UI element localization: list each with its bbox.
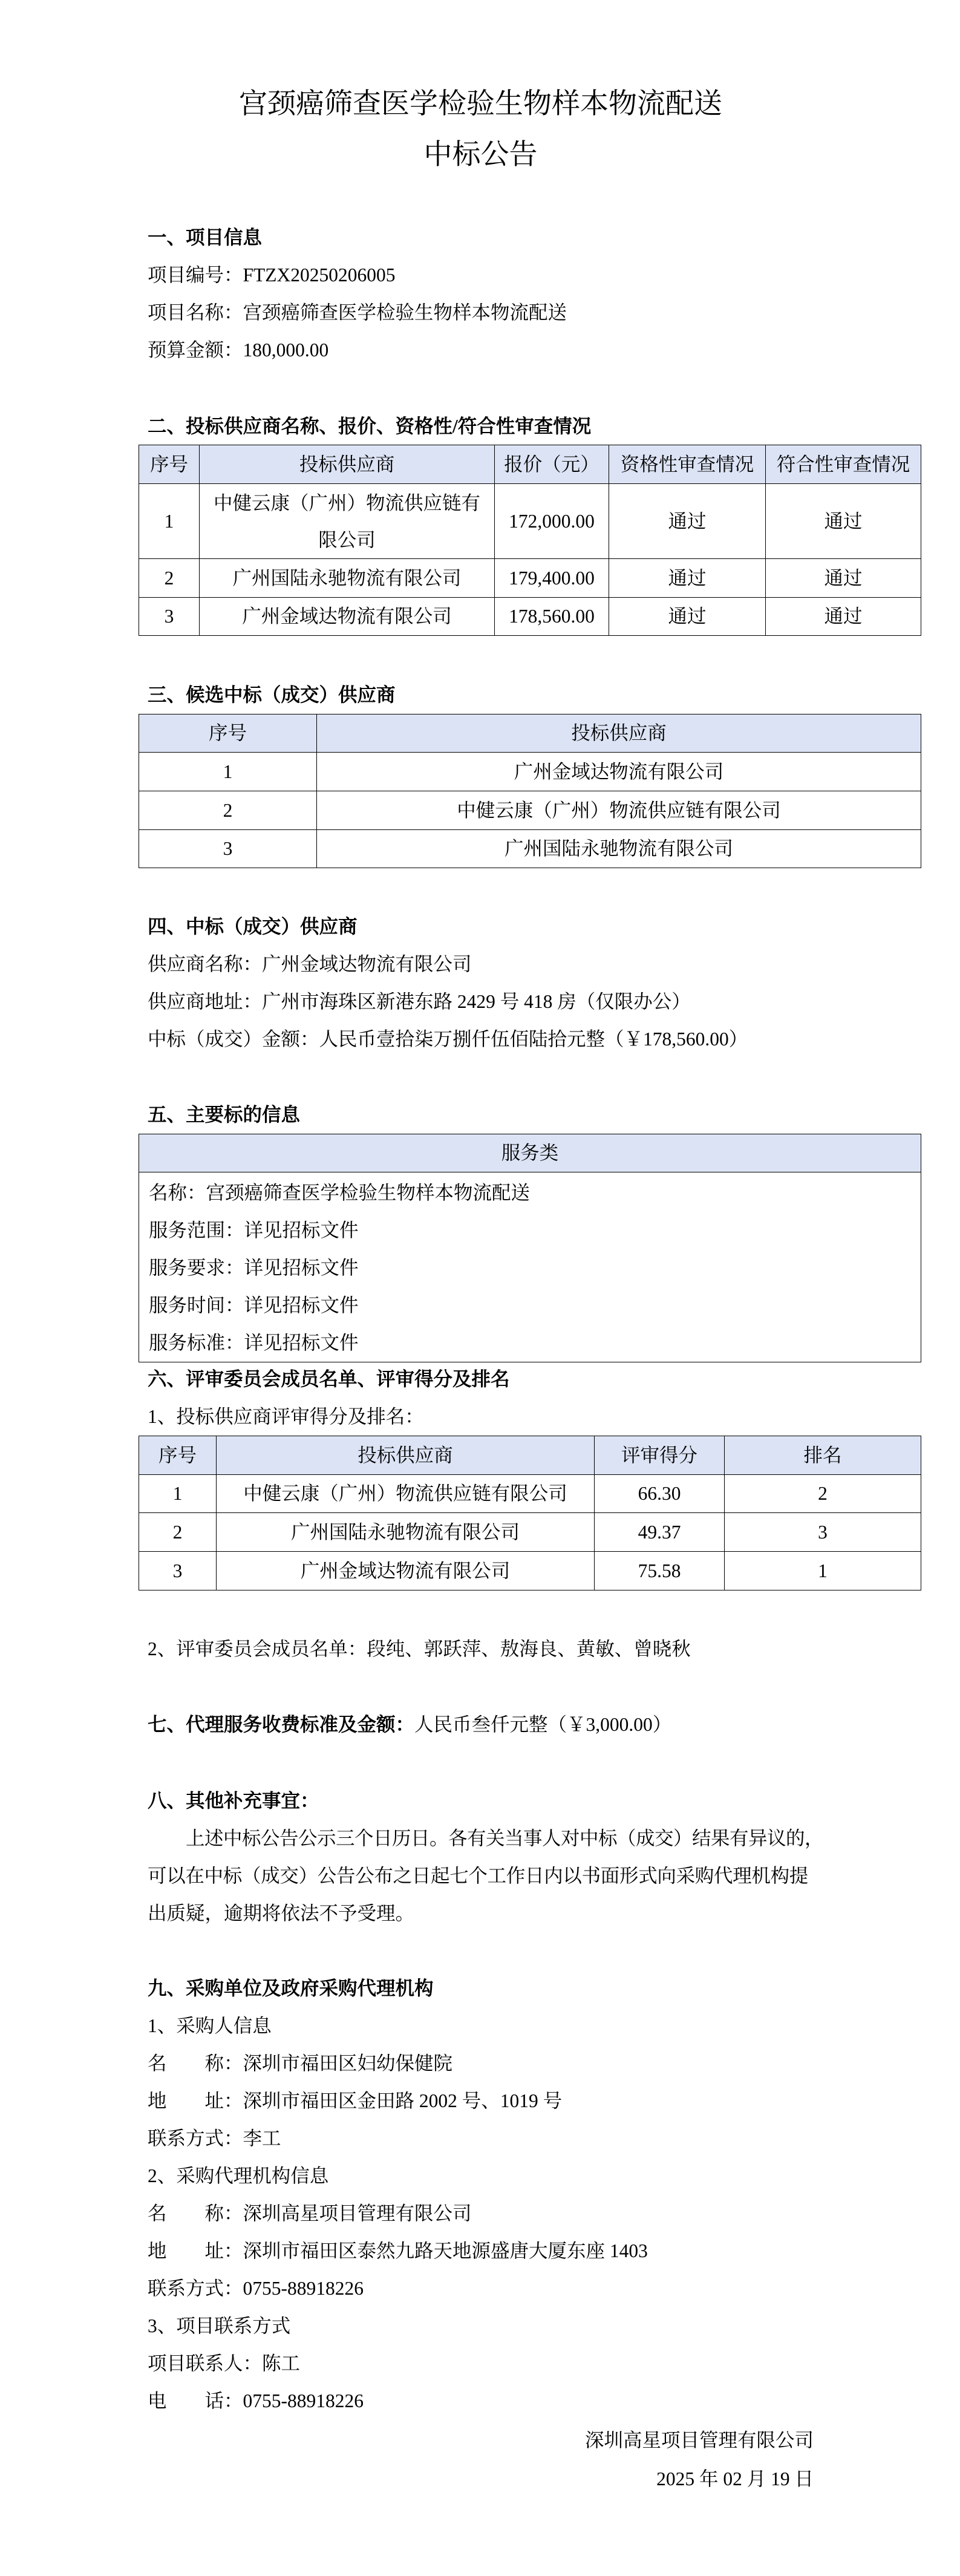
cell-supplier: 中健云康（广州）物流供应链有限公司 [200, 484, 495, 559]
purchaser-subheading: 1、采购人信息 [148, 2007, 814, 2045]
project-contact-phone-field: 电 话：0755-88918226 [148, 2382, 814, 2420]
table-row: 2 中健云康（广州）物流供应链有限公司 [139, 791, 921, 830]
column-header: 投标供应商 [200, 445, 495, 484]
cell-rank: 3 [725, 1513, 921, 1552]
section-heading-bid-review: 二、投标供应商名称、报价、资格性/符合性审查情况 [148, 408, 814, 445]
field-label: 供应商名称： [148, 953, 262, 975]
field-label: 地 址： [148, 2090, 243, 2111]
cell-supplier: 广州金域达物流有限公司 [217, 1552, 595, 1590]
service-scope-field: 服务范围：详见招标文件 [149, 1212, 921, 1249]
cell-score: 66.30 [595, 1475, 725, 1513]
subject-details-cell: 名称：宫颈癌筛查医学检验生物样本物流配送 服务范围：详见招标文件 服务要求：详见… [139, 1172, 921, 1362]
purchaser-contact-field: 联系方式：李工 [148, 2120, 814, 2157]
cell-no: 1 [139, 484, 200, 559]
agency-address-field: 地 址：深圳市福田区泰然九路天地源盛唐大厦东座 1403 [148, 2232, 814, 2270]
field-value: 详见招标文件 [244, 1295, 359, 1316]
cell-supplier: 广州金域达物流有限公司 [200, 598, 495, 636]
field-value: FTZX20250206005 [243, 264, 396, 286]
agency-contact-field: 联系方式：0755-88918226 [148, 2270, 814, 2307]
field-label: 2、评审委员会成员名单： [148, 1638, 367, 1659]
section-heading-agency-fee: 七、代理服务收费标准及金额： [148, 1714, 414, 1735]
field-value: 广州市海珠区新港东路 2429 号 418 房（仅限办公） [262, 991, 691, 1012]
service-time-field: 服务时间：详见招标文件 [149, 1287, 921, 1324]
field-value: 0755-88918226 [243, 2278, 364, 2299]
column-header: 资格性审查情况 [609, 445, 766, 484]
section-heading-evaluation: 六、评审委员会成员名单、评审得分及排名 [148, 1361, 814, 1398]
cell-no: 3 [139, 830, 317, 868]
column-header: 符合性审查情况 [766, 445, 921, 484]
field-value: 详见招标文件 [244, 1257, 359, 1278]
field-value: 0755-88918226 [243, 2390, 364, 2411]
field-value: 陈工 [262, 2353, 300, 2374]
document-page: 宫颈癌筛查医学检验生物样本物流配送 中标公告 一、项目信息 项目编号：FTZX2… [0, 0, 960, 2576]
field-label: 服务范围： [149, 1220, 244, 1241]
column-header: 排名 [725, 1436, 921, 1475]
cell-score: 49.37 [595, 1513, 725, 1552]
table-row: 2 广州国陆永驰物流有限公司 49.37 3 [139, 1513, 921, 1552]
field-value: 180,000.00 [243, 339, 329, 361]
table-header-row: 服务类 [139, 1134, 921, 1172]
section-heading-other: 八、其他补充事宜： [148, 1782, 814, 1820]
cell-no: 1 [139, 753, 317, 791]
section-heading-candidates: 三、候选中标（成交）供应商 [148, 676, 814, 714]
cell-supplier: 广州国陆永驰物流有限公司 [200, 559, 495, 598]
service-requirements-field: 服务要求：详见招标文件 [149, 1249, 921, 1287]
cell-price: 178,560.00 [495, 598, 609, 636]
field-label: 电 话： [148, 2390, 243, 2411]
project-contact-subheading: 3、项目联系方式 [148, 2307, 814, 2345]
table-row: 1 中健云康（广州）物流供应链有限公司 66.30 2 [139, 1475, 921, 1513]
cell-compliance: 通过 [766, 484, 921, 559]
table-header-row: 序号 投标供应商 评审得分 排名 [139, 1436, 921, 1475]
cell-rank: 2 [725, 1475, 921, 1513]
title-line-2: 中标公告 [148, 129, 814, 180]
field-label: 名称： [149, 1182, 206, 1203]
field-label: 名 称： [148, 2053, 243, 2074]
field-value: 宫颈癌筛查医学检验生物样本物流配送 [206, 1182, 531, 1203]
budget-field: 预算金额：180,000.00 [148, 332, 814, 369]
section-heading-contacts: 九、采购单位及政府采购代理机构 [148, 1970, 814, 2007]
field-label: 预算金额： [148, 339, 243, 361]
field-label: 项目名称： [148, 302, 243, 323]
table-row: 3 广州金域达物流有限公司 75.58 1 [139, 1552, 921, 1590]
field-value: 详见招标文件 [244, 1220, 359, 1241]
supplier-name: 中健云康（广州）物流供应链有限公司 [214, 485, 480, 558]
table-row: 2 广州国陆永驰物流有限公司 179,400.00 通过 通过 [139, 559, 921, 598]
agency-name-field: 名 称：深圳高星项目管理有限公司 [148, 2195, 814, 2232]
objection-paragraph: 上述中标公告公示三个日历日。各有关当事人对中标（成交）结果有异议的， 可以在中标… [148, 1820, 814, 1932]
cell-no: 1 [139, 1475, 217, 1513]
field-value: 深圳高星项目管理有限公司 [243, 2203, 472, 2224]
cell-supplier: 广州国陆永驰物流有限公司 [217, 1513, 595, 1552]
cell-qualification: 通过 [609, 598, 766, 636]
column-header: 报价（元） [495, 445, 609, 484]
cell-qualification: 通过 [609, 484, 766, 559]
purchaser-name-field: 名 称：深圳市福田区妇幼保健院 [148, 2045, 814, 2082]
field-label: 地 址： [148, 2240, 243, 2261]
title-line-1: 宫颈癌筛查医学检验生物样本物流配送 [148, 79, 814, 129]
field-label: 项目联系人： [148, 2353, 262, 2374]
subject-table: 服务类 名称：宫颈癌筛查医学检验生物样本物流配送 服务范围：详见招标文件 服务要… [139, 1134, 921, 1362]
column-header: 序号 [139, 1436, 217, 1475]
field-value: 段纯、郭跃萍、敖海良、黄敏、曾晓秋 [367, 1638, 691, 1659]
field-label: 服务要求： [149, 1257, 244, 1278]
project-contact-person-field: 项目联系人：陈工 [148, 2345, 814, 2382]
section-heading-subject: 五、主要标的信息 [148, 1096, 814, 1134]
field-value: 广州金域达物流有限公司 [262, 953, 472, 975]
cell-price: 172,000.00 [495, 484, 609, 559]
column-header: 序号 [139, 445, 200, 484]
signature-company: 深圳高星项目管理有限公司 [148, 2422, 814, 2459]
field-label: 中标（成交）金额： [148, 1028, 319, 1050]
field-value: 详见招标文件 [244, 1332, 359, 1353]
field-label: 服务标准： [149, 1332, 244, 1353]
column-header: 投标供应商 [217, 1436, 595, 1475]
cell-compliance: 通过 [766, 559, 921, 598]
table-header-row: 序号 投标供应商 报价（元） 资格性审查情况 符合性审查情况 [139, 445, 921, 484]
table-row: 名称：宫颈癌筛查医学检验生物样本物流配送 服务范围：详见招标文件 服务要求：详见… [139, 1172, 921, 1362]
scores-table: 序号 投标供应商 评审得分 排名 1 中健云康（广州）物流供应链有限公司 66.… [139, 1436, 921, 1590]
field-label: 名 称： [148, 2203, 243, 2224]
cell-no: 2 [139, 559, 200, 598]
cell-no: 3 [139, 1552, 217, 1590]
category-header: 服务类 [139, 1134, 921, 1172]
field-value: 宫颈癌筛查医学检验生物样本物流配送 [243, 302, 567, 323]
agency-subheading: 2、采购代理机构信息 [148, 2157, 814, 2195]
bid-review-table: 序号 投标供应商 报价（元） 资格性审查情况 符合性审查情况 1 中健云康（广州… [139, 445, 921, 636]
paragraph-line: 上述中标公告公示三个日历日。各有关当事人对中标（成交）结果有异议的， [148, 1820, 814, 1857]
table-row: 3 广州国陆永驰物流有限公司 [139, 830, 921, 868]
service-standard-field: 服务标准：详见招标文件 [149, 1324, 921, 1362]
field-label: 服务时间： [149, 1295, 244, 1316]
field-value: 深圳市福田区金田路 2002 号、1019 号 [243, 2090, 563, 2111]
paragraph-line: 出质疑，逾期将依法不予受理。 [148, 1895, 814, 1932]
project-number-field: 项目编号：FTZX20250206005 [148, 257, 814, 294]
column-header: 评审得分 [595, 1436, 725, 1475]
field-value: 深圳市福田区妇幼保健院 [243, 2053, 453, 2074]
cell-no: 3 [139, 598, 200, 636]
signature-date: 2025 年 02 月 19 日 [148, 2460, 814, 2498]
winner-address-field: 供应商地址：广州市海珠区新港东路 2429 号 418 房（仅限办公） [148, 983, 814, 1021]
winner-name-field: 供应商名称：广州金域达物流有限公司 [148, 946, 814, 983]
column-header: 投标供应商 [317, 714, 921, 753]
cell-supplier: 广州国陆永驰物流有限公司 [317, 830, 921, 868]
cell-supplier: 中健云康（广州）物流供应链有限公司 [317, 791, 921, 830]
table-row: 1 中健云康（广州）物流供应链有限公司 172,000.00 通过 通过 [139, 484, 921, 559]
field-label: 联系方式： [148, 2278, 243, 2299]
field-label: 联系方式： [148, 2128, 243, 2149]
field-value: 深圳市福田区泰然九路天地源盛唐大厦东座 1403 [243, 2240, 648, 2261]
column-header: 序号 [139, 714, 317, 753]
scores-subheading: 1、投标供应商评审得分及排名： [148, 1398, 814, 1436]
field-value: 人民币壹拾柒万捌仟伍佰陆拾元整（￥178,560.00） [319, 1028, 748, 1050]
field-label: 项目编号： [148, 264, 243, 286]
agency-fee-field: 七、代理服务收费标准及金额：人民币叁仟元整（￥3,000.00） [148, 1706, 814, 1744]
paragraph-line: 可以在中标（成交）公告公布之日起七个工作日内以书面形式向采购代理机构提 [148, 1857, 814, 1895]
candidates-table: 序号 投标供应商 1 广州金域达物流有限公司 2 中健云康（广州）物流供应链有限… [139, 714, 921, 868]
field-label: 供应商地址： [148, 991, 262, 1012]
cell-price: 179,400.00 [495, 559, 609, 598]
cell-supplier: 广州金域达物流有限公司 [317, 753, 921, 791]
table-header-row: 序号 投标供应商 [139, 714, 921, 753]
winning-amount-field: 中标（成交）金额：人民币壹拾柒万捌仟伍佰陆拾元整（￥178,560.00） [148, 1021, 814, 1058]
cell-qualification: 通过 [609, 559, 766, 598]
purchaser-address-field: 地 址：深圳市福田区金田路 2002 号、1019 号 [148, 2082, 814, 2120]
field-value: 李工 [243, 2128, 281, 2149]
cell-rank: 1 [725, 1552, 921, 1590]
section-heading-project-info: 一、项目信息 [148, 219, 814, 257]
section-heading-winner: 四、中标（成交）供应商 [148, 908, 814, 946]
committee-members-field: 2、评审委员会成员名单：段纯、郭跃萍、敖海良、黄敏、曾晓秋 [148, 1630, 814, 1668]
document-title: 宫颈癌筛查医学检验生物样本物流配送 中标公告 [148, 79, 814, 180]
cell-no: 2 [139, 1513, 217, 1552]
field-value: 人民币叁仟元整（￥3,000.00） [414, 1714, 671, 1735]
cell-compliance: 通过 [766, 598, 921, 636]
project-name-field: 项目名称：宫颈癌筛查医学检验生物样本物流配送 [148, 294, 814, 332]
cell-no: 2 [139, 791, 317, 830]
table-row: 1 广州金域达物流有限公司 [139, 753, 921, 791]
subject-name-field: 名称：宫颈癌筛查医学检验生物样本物流配送 [149, 1174, 921, 1212]
cell-score: 75.58 [595, 1552, 725, 1590]
table-row: 3 广州金域达物流有限公司 178,560.00 通过 通过 [139, 598, 921, 636]
cell-supplier: 中健云康（广州）物流供应链有限公司 [217, 1475, 595, 1513]
